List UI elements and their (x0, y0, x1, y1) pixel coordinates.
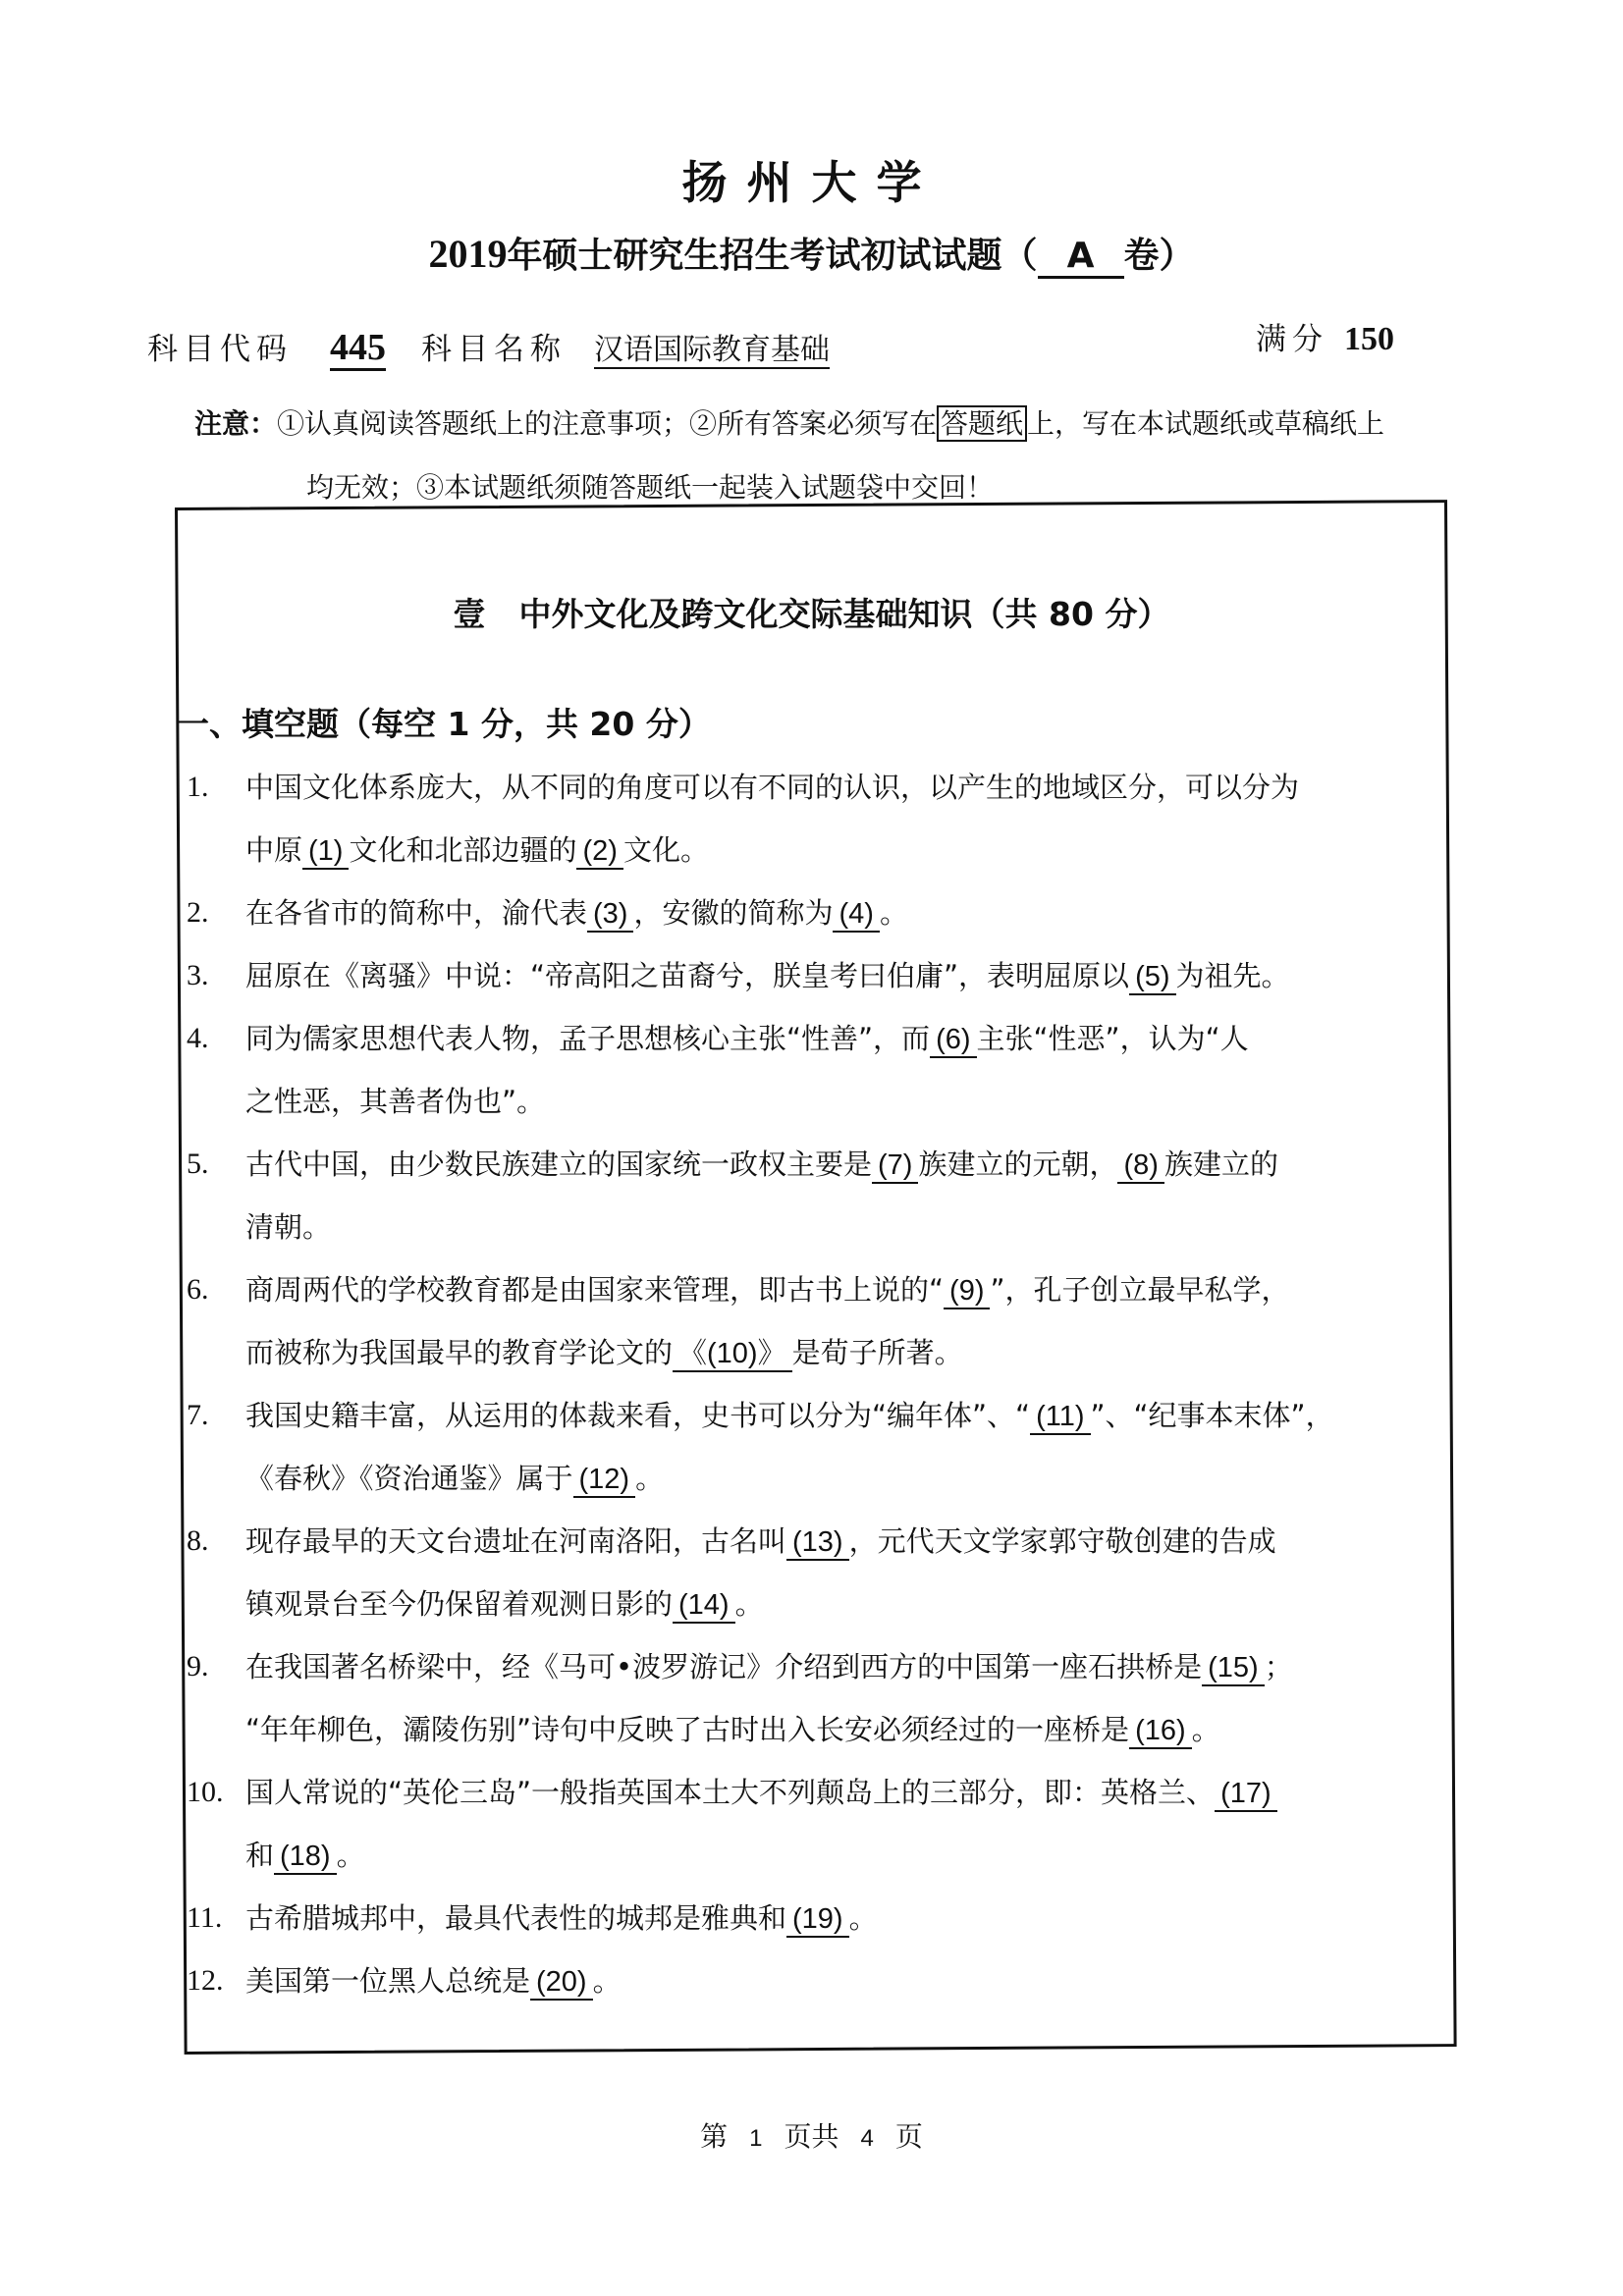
question-text: 屈原在《离骚》中说：“帝高阳之苗裔兮，朕皇考曰伯庸”，表明屈原以 (245, 959, 1129, 992)
question-text: 清朝。 (245, 1196, 1463, 1258)
blank-17: (17) (1215, 1777, 1277, 1812)
question-text: ，元代天文学家郭守敬创建的告成 (849, 1524, 1276, 1558)
question-text: 现存最早的天文台遗址在河南洛阳，古名叫 (245, 1524, 786, 1558)
question-text: 族建立的元朝， (918, 1148, 1117, 1181)
question-12: 12. 美国第一位黑人总统是(20)。 (187, 1949, 1463, 2012)
section-number: 壹 (454, 595, 486, 633)
question-8: 8. 现存最早的天文台遗址在河南洛阳，古名叫(13)，元代天文学家郭守敬创建的告… (187, 1510, 1463, 1635)
question-text: 国人常说的“英伦三岛”一般指英国本土大不列颠岛上的三部分，即：英格兰、 (245, 1776, 1215, 1809)
blank-4: (4) (833, 897, 879, 933)
blank-6: (6) (930, 1023, 976, 1058)
question-number: 8. (187, 1510, 209, 1573)
subject-code-label: 科目代码 (147, 332, 293, 367)
question-number: 5. (187, 1133, 209, 1196)
blank-15: (15) (1202, 1651, 1265, 1686)
exam-title-text: 年硕士研究生招生考试初试试题（ (507, 236, 1037, 276)
question-text: 之性恶，其善者伪也”。 (245, 1070, 1463, 1133)
question-number: 6. (187, 1258, 209, 1321)
question-7: 7. 我国史籍丰富，从运用的体裁来看，史书可以分为“编年体”、“(11)”、“纪… (187, 1384, 1463, 1510)
blank-16: (16) (1129, 1714, 1192, 1749)
answer-sheet-boxed: 答题纸 (937, 405, 1027, 442)
question-text: 古希腊城邦中，最具代表性的城邦是雅典和 (245, 1901, 786, 1935)
question-number: 4. (187, 1007, 209, 1070)
question-text: 古代中国，由少数民族建立的国家统一政权主要是 (245, 1148, 872, 1181)
question-text: 和 (245, 1839, 274, 1872)
question-text: 主张“性恶”，认为“人 (977, 1022, 1249, 1055)
question-number: 1. (187, 756, 209, 819)
question-text: ； (1265, 1650, 1293, 1683)
question-text: “年年柳色，灞陵伤别”诗句中反映了古时出入长安必须经过的一座桥是 (245, 1713, 1129, 1746)
question-number: 10. (187, 1761, 224, 1824)
notice-line-1: 注意：①认真阅读答题纸上的注意事项；②所有答案必须写在答题纸上，写在本试题纸或草… (194, 402, 1384, 442)
page-mid: 页共 (784, 2120, 839, 2153)
question-9: 9. 在我国著名桥梁中，经《马可•波罗游记》介绍到西方的中国第一座石拱桥是(15… (187, 1635, 1463, 1761)
subject-name: 汉语国际教育基础 (594, 333, 830, 369)
paper-version: A (1038, 236, 1124, 279)
question-text: 《春秋》《资治通鉴》属于 (245, 1462, 573, 1495)
question-5: 5. 古代中国，由少数民族建立的国家统一政权主要是(7)族建立的元朝，(8)族建… (187, 1133, 1463, 1258)
question-number: 12. (187, 1949, 224, 2012)
question-text: 。 (849, 1901, 878, 1935)
notice-text: ①认真阅读答题纸上的注意事项；②所有答案必须写在 (277, 407, 937, 440)
blank-5: (5) (1129, 960, 1175, 995)
question-list: 1. 中国文化体系庞大，从不同的角度可以有不同的认识，以产生的地域区分，可以分为… (187, 756, 1463, 2012)
question-2: 2. 在各省市的简称中，渝代表(3)，安徽的简称为(4)。 (187, 881, 1463, 944)
blank-7: (7) (872, 1148, 918, 1184)
question-text: 。 (1192, 1713, 1220, 1746)
question-text: 。 (635, 1462, 664, 1495)
question-text: 而被称为我国最早的教育学论文的 (245, 1336, 673, 1369)
page-current: 1 (749, 2125, 762, 2152)
blank-13: (13) (786, 1525, 849, 1561)
question-text: 中原 (245, 833, 302, 867)
blank-1: (1) (302, 834, 349, 870)
question-number: 2. (187, 881, 209, 944)
question-text: 。 (880, 896, 908, 930)
blank-10: 《(10)》 (673, 1337, 792, 1372)
question-text: ”、“纪事本末体”， (1091, 1399, 1334, 1432)
section-title: 壹中外文化及跨文化交际基础知识（共 80 分） (0, 589, 1623, 635)
question-text: 商周两代的学校教育都是由国家来管理，即古书上说的“ (245, 1273, 944, 1307)
question-text: 在我国著名桥梁中，经《马可•波罗游记》介绍到西方的中国第一座石拱桥是 (245, 1650, 1202, 1683)
question-text: ，安徽的简称为 (633, 896, 833, 930)
question-text: 美国第一位黑人总统是 (245, 1964, 530, 1998)
subject-name-label: 科目名称 (421, 332, 567, 367)
question-text: ”，孔子创立最早私学， (990, 1273, 1289, 1307)
question-6: 6. 商周两代的学校教育都是由国家来管理，即古书上说的“(9)”，孔子创立最早私… (187, 1258, 1463, 1384)
question-text: 同为儒家思想代表人物，孟子思想核心主张“性善”，而 (245, 1022, 930, 1055)
page-footer: 第1页共4页 (0, 2115, 1623, 2155)
question-number: 9. (187, 1635, 209, 1698)
notice-text: 上，写在本试题纸或草稿纸上 (1027, 407, 1384, 440)
question-text: 为祖先。 (1176, 959, 1290, 992)
subject-info-row: 科目代码445科目名称汉语国际教育基础 满分150 (147, 324, 1394, 369)
blank-12: (12) (573, 1463, 636, 1498)
full-score: 满分150 (1256, 314, 1394, 358)
question-text: 我国史籍丰富，从运用的体裁来看，史书可以分为“编年体”、“ (245, 1399, 1030, 1432)
blank-18: (18) (274, 1840, 337, 1875)
exam-title: 2019年硕士研究生招生考试初试试题（A卷） (0, 228, 1623, 279)
blank-8: (8) (1117, 1148, 1163, 1184)
blank-9: (9) (944, 1274, 990, 1309)
question-4: 4. 同为儒家思想代表人物，孟子思想核心主张“性善”，而(6)主张“性恶”，认为… (187, 1007, 1463, 1133)
section-title-text: 中外文化及跨文化交际基础知识（共 80 分） (519, 595, 1170, 633)
notice-line-2: 均无效；③本试题纸须随答题纸一起装入试题袋中交回！ (306, 466, 994, 506)
blank-3: (3) (587, 897, 633, 933)
question-text: 在各省市的简称中，渝代表 (245, 896, 587, 930)
question-text: 文化和北部边疆的 (349, 833, 576, 867)
subject-code: 445 (330, 327, 386, 371)
question-number: 7. (187, 1384, 209, 1447)
question-text: 。 (593, 1964, 622, 1998)
question-text: 。 (337, 1839, 365, 1872)
question-text: 是荀子所著。 (792, 1336, 963, 1369)
full-score-label: 满分 (1256, 322, 1328, 357)
full-score-value: 150 (1344, 321, 1394, 357)
exam-title-tail: 卷） (1124, 236, 1195, 276)
page-total: 4 (861, 2125, 874, 2152)
question-10: 10. 国人常说的“英伦三岛”一般指英国本土大不列颠岛上的三部分，即：英格兰、(… (187, 1761, 1463, 1887)
question-text: 族建立的 (1164, 1148, 1278, 1181)
page-suffix: 页 (895, 2120, 923, 2153)
question-11: 11. 古希腊城邦中，最具代表性的城邦是雅典和(19)。 (187, 1887, 1463, 1949)
blank-11: (11) (1030, 1400, 1090, 1435)
question-text: 。 (735, 1587, 764, 1621)
question-text: 镇观景台至今仍保留着观测日影的 (245, 1587, 673, 1621)
blank-14: (14) (673, 1588, 735, 1624)
notice-label: 注意： (194, 407, 277, 440)
question-number: 11. (187, 1887, 222, 1949)
question-1: 1. 中国文化体系庞大，从不同的角度可以有不同的认识，以产生的地域区分，可以分为… (187, 756, 1463, 881)
page-prefix: 第 (700, 2120, 728, 2153)
blank-20: (20) (530, 1965, 593, 2001)
question-text: 中国文化体系庞大，从不同的角度可以有不同的认识，以产生的地域区分，可以分为 (245, 756, 1463, 819)
university-name: 扬州大学 (0, 147, 1623, 212)
question-number: 3. (187, 944, 209, 1007)
blank-2: (2) (576, 834, 622, 870)
question-text: 文化。 (623, 833, 709, 867)
question-group-title: 一、填空题（每空 1 分，共 20 分） (177, 699, 711, 745)
exam-year: 2019 (428, 232, 507, 276)
question-3: 3. 屈原在《离骚》中说：“帝高阳之苗裔兮，朕皇考曰伯庸”，表明屈原以(5)为祖… (187, 944, 1463, 1007)
blank-19: (19) (786, 1902, 849, 1938)
